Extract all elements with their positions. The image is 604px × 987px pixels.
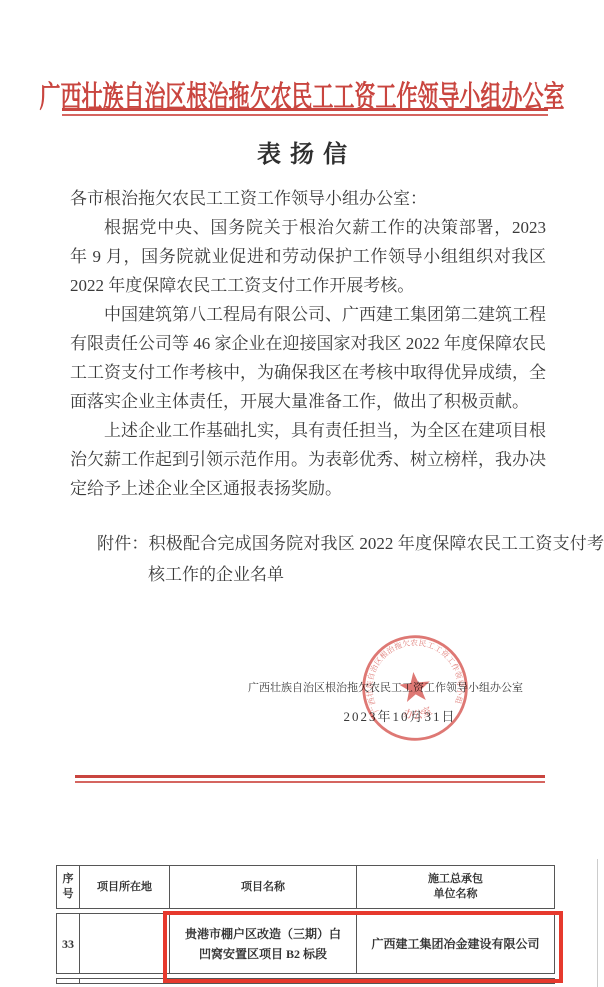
scanned-document-page: 广西壮族自治区根治拖欠农民工工资工作领导小组办公室 表扬信 各市根治拖欠农民工工… [0, 0, 604, 987]
cell-location [79, 914, 169, 973]
document-title: 表扬信 [0, 134, 604, 169]
header-cell-project: 项目名称 [169, 866, 356, 908]
page-edge-line [597, 859, 598, 987]
seal-ring-text: 广西壮族自治区根治拖欠农民工工资工作领导小组 [359, 632, 468, 715]
header-cell-location: 项目所在地 [79, 866, 169, 908]
highlight-box [163, 911, 563, 983]
paragraph-1: 根据党中央、国务院关于根治欠薪工作的决策部署，2023 年 9 月，国务院就业促… [70, 213, 546, 300]
footer-divider [75, 775, 545, 783]
table-header-row: 序 号 项目所在地 项目名称 施工总承包 单位名称 [56, 865, 555, 909]
cell-no: 33 [57, 914, 79, 973]
paragraph-2: 中国建筑第八工程局有限公司、广西建工集团第二建筑工程有限责任公司等 46 家企业… [70, 300, 546, 416]
letter-body: 各市根治拖欠农民工工资工作领导小组办公室： 根据党中央、国务院关于根治欠薪工作的… [70, 184, 546, 503]
paragraph-3: 上述企业工作基础扎实，具有责任担当，为全区在建项目根治欠薪工作起到引领示范作用。… [70, 416, 546, 503]
letterhead-divider [62, 108, 548, 116]
signature-org: 广西壮族自治区根治拖欠农民工工资工作领导小组办公室 [248, 679, 523, 695]
header-cell-no: 序 号 [57, 866, 79, 908]
signature-date: 2023年10月31日 [338, 706, 462, 725]
greeting-line: 各市根治拖欠农民工工资工作领导小组办公室： [70, 184, 546, 213]
header-cell-contractor: 施工总承包 单位名称 [356, 866, 554, 908]
attachment-note: 附件：积极配合完成国务院对我区 2022 年度保障农民工工资支付考核工作的企业名… [97, 528, 604, 590]
